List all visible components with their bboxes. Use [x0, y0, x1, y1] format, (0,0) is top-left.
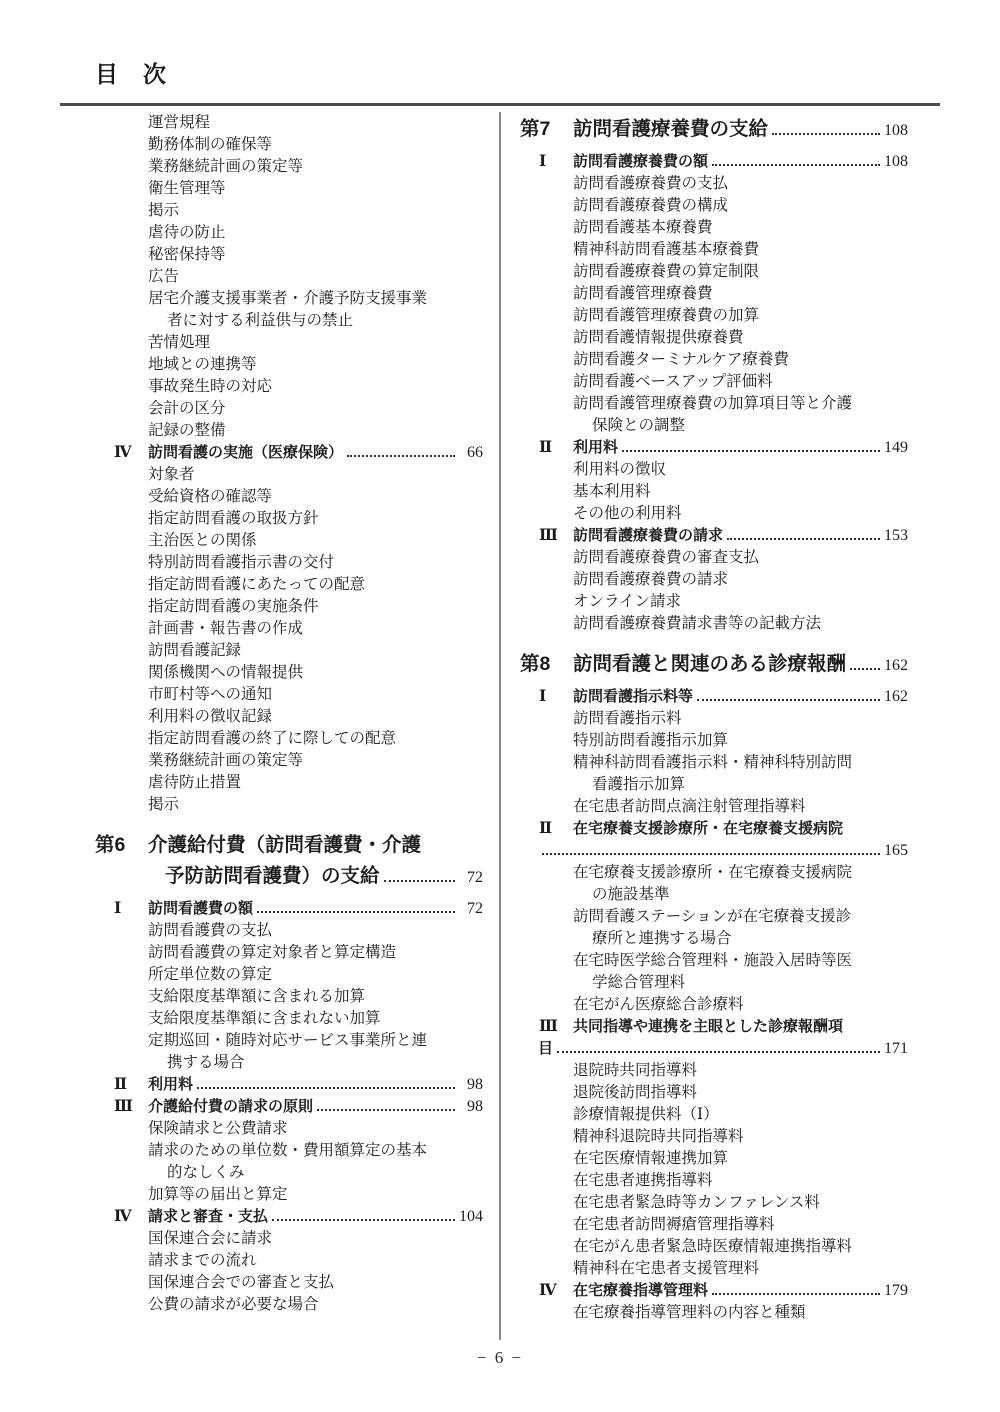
toc-item-line: 在宅がん患者緊急時医療情報連携指導料 — [520, 1236, 908, 1258]
toc-entry-label: 訪問看護ベースアップ評価料 — [573, 371, 773, 393]
toc-section-line: Ⅰ訪問看護指示料等162 — [520, 686, 908, 708]
toc-item-line: 秘密保持等 — [95, 244, 483, 266]
toc-item-line: 在宅がん医療総合診療料 — [520, 994, 908, 1016]
toc-section-line: Ⅲ共同指導や連携を主眼とした診療報酬項 — [520, 1016, 908, 1038]
toc-entry-label: 指定訪問看護にあたっての配意 — [148, 574, 365, 596]
toc-item-line: 退院時共同指導料 — [520, 1060, 908, 1082]
toc-item-line: 訪問看護費の算定対象者と算定構造 — [95, 942, 483, 964]
toc-item-line: 国保連合会に請求 — [95, 1228, 483, 1250]
toc-entry-label: 会計の区分 — [148, 398, 226, 420]
toc-item-line: 広告 — [95, 266, 483, 288]
toc-entry-label: 訪問看護費の算定対象者と算定構造 — [148, 942, 396, 964]
toc-entry-label: 主治医との関係 — [148, 530, 257, 552]
toc-section-line: Ⅳ請求と審査・支払104 — [95, 1206, 483, 1228]
toc-entry-label: 者に対する利益供与の禁止 — [167, 310, 353, 332]
toc-entry-label: 予防訪問看護費）の支給 — [165, 861, 380, 892]
toc-entry-label: 在宅療養支援診療所・在宅療養支援病院 — [573, 818, 843, 840]
toc-entry-label: 診療情報提供料（Ⅰ） — [573, 1104, 719, 1126]
toc-item-line: 訪問看護ターミナルケア療養費 — [520, 349, 908, 371]
toc-section-line: Ⅰ訪問看護療養費の額108 — [520, 151, 908, 173]
toc-entry-label: 受給資格の確認等 — [148, 486, 272, 508]
toc-entry-label: 国保連合会に請求 — [148, 1228, 272, 1250]
toc-item-line: 訪問看護管理療養費の加算 — [520, 305, 908, 327]
toc-entry-label: の施設基準 — [592, 884, 670, 906]
toc-entry-page-number: 179 — [884, 1280, 908, 1302]
dot-leader — [542, 844, 880, 855]
toc-item-line: 訪問看護ステーションが在宅療養支援診 — [520, 906, 908, 928]
toc-item-line: 精神科訪問看護指示料・精神科特別訪問 — [520, 752, 908, 774]
toc-entry-numeral: Ⅲ — [95, 1096, 148, 1118]
toc-item-line: 虐待防止措置 — [95, 772, 483, 794]
toc-item-line: 居宅介護支援事業者・介護予防支援事業 — [95, 288, 483, 310]
dot-leader — [257, 902, 455, 913]
toc-item-line: 特別訪問看護指示書の交付 — [95, 552, 483, 574]
toc-entry-label: 訪問看護ステーションが在宅療養支援診 — [573, 906, 851, 928]
dot-leader — [850, 659, 880, 670]
toc-item-line: 者に対する利益供与の禁止 — [95, 310, 483, 332]
toc-entry-label: 加算等の届出と算定 — [148, 1184, 288, 1206]
toc-entry-page-number: 108 — [884, 115, 908, 146]
toc-item-line: 療所と連携する場合 — [520, 928, 908, 950]
toc-item-line: 対象者 — [95, 464, 483, 486]
toc-section-line: Ⅲ訪問看護療養費の請求153 — [520, 525, 908, 547]
toc-entry-label: 在宅療養指導管理料 — [573, 1280, 708, 1302]
column-divider — [499, 112, 501, 1340]
dot-leader — [712, 1284, 880, 1295]
toc-entry-label: 保険との調整 — [592, 415, 685, 437]
toc-entry-label: 業務継続計画の策定等 — [148, 156, 303, 178]
toc-item-line: 定期巡回・随時対応サービス事業所と連 — [95, 1030, 483, 1052]
toc-entry-label: 訪問看護と関連のある診療報酬 — [573, 649, 846, 680]
toc-item-line: 訪問看護療養費の審査支払 — [520, 547, 908, 569]
toc-entry-label: 虐待の防止 — [148, 222, 226, 244]
toc-entry-numeral: Ⅳ — [95, 1206, 148, 1228]
dot-leader — [384, 871, 455, 882]
toc-entry-label: 訪問看護管理療養費の加算 — [573, 305, 759, 327]
toc-entry-numeral: Ⅲ — [520, 1016, 573, 1038]
toc-entry-label: 衛生管理等 — [148, 178, 226, 200]
toc-entry-label: 退院時共同指導料 — [573, 1060, 697, 1082]
toc-entry-label: 事故発生時の対応 — [148, 376, 272, 398]
page-number-footer: − 6 − — [0, 1348, 1000, 1368]
toc-entry-page-number: 66 — [459, 442, 483, 464]
toc-entry-label: 在宅患者連携指導料 — [573, 1170, 713, 1192]
toc-item-line: 市町村等への通知 — [95, 684, 483, 706]
toc-entry-label: 秘密保持等 — [148, 244, 226, 266]
toc-entry-label: 指定訪問看護の終了に際しての配意 — [148, 728, 396, 750]
toc-page: 目 次 運営規程勤務体制の確保等業務継続計画の策定等衛生管理等掲示虐待の防止秘密… — [0, 0, 1000, 1412]
toc-entry-label: 療所と連携する場合 — [592, 928, 732, 950]
toc-item-line: 記録の整備 — [95, 420, 483, 442]
toc-entry-label: 訪問看護療養費の算定制限 — [573, 261, 759, 283]
toc-chapter-line: 第8訪問看護と関連のある診療報酬162 — [520, 649, 908, 681]
toc-entry-label: 精神科退院時共同指導料 — [573, 1126, 744, 1148]
toc-item-line: 携する場合 — [95, 1052, 483, 1074]
toc-item-line: 支給限度基準額に含まれない加算 — [95, 1008, 483, 1030]
toc-item-line: 在宅医療情報連携加算 — [520, 1148, 908, 1170]
toc-item-line: 衛生管理等 — [95, 178, 483, 200]
toc-item-line: 関係機関への情報提供 — [95, 662, 483, 684]
toc-entry-page-number: 72 — [459, 862, 483, 893]
toc-entry-label: 関係機関への情報提供 — [148, 662, 303, 684]
toc-item-line: 訪問看護療養費の算定制限 — [520, 261, 908, 283]
toc-entry-numeral: Ⅰ — [520, 686, 573, 708]
toc-item-line: 保険との調整 — [520, 415, 908, 437]
toc-section-line: Ⅱ利用料98 — [95, 1074, 483, 1096]
toc-item-line: の施設基準 — [520, 884, 908, 906]
toc-entry-label: 在宅療養指導管理料の内容と種類 — [573, 1302, 806, 1324]
toc-entry-page-number: 72 — [459, 898, 483, 920]
toc-item-line: 訪問看護基本療養費 — [520, 217, 908, 239]
toc-item-line: 指定訪問看護の終了に際しての配意 — [95, 728, 483, 750]
toc-item-line: 精神科訪問看護基本療養費 — [520, 239, 908, 261]
toc-entry-page-number: 104 — [459, 1206, 483, 1228]
toc-entry-label: 利用料 — [148, 1074, 193, 1096]
toc-entry-numeral: Ⅲ — [520, 525, 573, 547]
toc-item-line: 在宅患者連携指導料 — [520, 1170, 908, 1192]
toc-entry-label: 介護給付費の請求の原則 — [148, 1096, 313, 1118]
toc-entry-label: 看護指示加算 — [592, 774, 685, 796]
toc-item-line: 退院後訪問指導料 — [520, 1082, 908, 1104]
toc-entry-page-number: 108 — [884, 151, 908, 173]
toc-entry-page-number: 98 — [459, 1096, 483, 1118]
toc-entry-label: 訪問看護情報提供療養費 — [573, 327, 744, 349]
toc-item-line: 所定単位数の算定 — [95, 964, 483, 986]
toc-item-line: 加算等の届出と算定 — [95, 1184, 483, 1206]
toc-entry-label: 対象者 — [148, 464, 195, 486]
toc-entry-label: 在宅患者緊急時等カンファレンス料 — [573, 1192, 820, 1214]
toc-entry-label: 在宅時医学総合管理料・施設入居時等医 — [573, 950, 852, 972]
toc-entry-page-number: 162 — [884, 686, 908, 708]
toc-entry-label: 請求のための単位数・費用額算定の基本 — [148, 1140, 427, 1162]
toc-entry-page-number: 98 — [459, 1074, 483, 1096]
toc-entry-page-number: 153 — [884, 525, 908, 547]
toc-chapter-line: 予防訪問看護費）の支給72 — [95, 861, 483, 893]
toc-entry-label: 精神科訪問看護基本療養費 — [573, 239, 759, 261]
toc-entry-label: 特別訪問看護指示書の交付 — [148, 552, 334, 574]
toc-item-line: 国保連合会での審査と支払 — [95, 1272, 483, 1294]
toc-item-line: 計画書・報告書の作成 — [95, 618, 483, 640]
toc-entry-label: 訪問看護管理療養費 — [573, 283, 713, 305]
toc-entry-label: 広告 — [148, 266, 179, 288]
toc-entry-label: 掲示 — [148, 794, 179, 816]
toc-item-line: 業務継続計画の策定等 — [95, 750, 483, 772]
toc-entry-label: 精神科訪問看護指示料・精神科特別訪問 — [573, 752, 852, 774]
toc-section-line: Ⅳ在宅療養指導管理料179 — [520, 1280, 908, 1302]
toc-item-line: 訪問看護療養費の請求 — [520, 569, 908, 591]
toc-item-line: 在宅時医学総合管理料・施設入居時等医 — [520, 950, 908, 972]
toc-entry-label: 支給限度基準額に含まれない加算 — [148, 1008, 381, 1030]
toc-entry-page-number: 162 — [884, 650, 908, 681]
toc-item-line: 指定訪問看護の取扱方針 — [95, 508, 483, 530]
toc-item-line: 事故発生時の対応 — [95, 376, 483, 398]
toc-entry-label: 訪問看護療養費の額 — [573, 151, 708, 173]
toc-item-line: 受給資格の確認等 — [95, 486, 483, 508]
toc-item-line: 在宅患者緊急時等カンファレンス料 — [520, 1192, 908, 1214]
toc-item-line: 学総合管理料 — [520, 972, 908, 994]
toc-entry-numeral: Ⅱ — [520, 437, 573, 459]
toc-entry-label: 訪問看護指示料 — [573, 708, 682, 730]
toc-entry-label: 運営規程 — [148, 112, 210, 134]
toc-item-line: 利用料の徴収 — [520, 459, 908, 481]
toc-entry-page-number: 165 — [884, 840, 908, 862]
toc-chapter-line: 第6介護給付費（訪問看護費・介護 — [95, 830, 483, 861]
toc-item-line: 地域との連携等 — [95, 354, 483, 376]
toc-item-line: 保険請求と公費請求 — [95, 1118, 483, 1140]
toc-item-line: 在宅患者訪問点滴注射管理指導料 — [520, 796, 908, 818]
toc-entry-label: 訪問看護ターミナルケア療養費 — [573, 349, 789, 371]
toc-item-line: 訪問看護療養費請求書等の記載方法 — [520, 613, 908, 635]
toc-entry-label: 記録の整備 — [148, 420, 226, 442]
toc-item-line: 精神科在宅患者支援管理料 — [520, 1258, 908, 1280]
toc-entry-numeral: Ⅱ — [520, 818, 573, 840]
dot-leader — [622, 441, 880, 452]
toc-entry-label: 的なしくみ — [167, 1162, 245, 1184]
toc-entry-label: 計画書・報告書の作成 — [148, 618, 303, 640]
toc-section-line: Ⅰ訪問看護費の額72 — [95, 898, 483, 920]
toc-entry-label: オンライン請求 — [573, 591, 681, 613]
toc-item-line: 訪問看護管理療養費の加算項目等と介護 — [520, 393, 908, 415]
toc-entry-label: 介護給付費（訪問看護費・介護 — [148, 830, 421, 861]
toc-item-line: 精神科退院時共同指導料 — [520, 1126, 908, 1148]
toc-item-line: 在宅患者訪問褥瘡管理指導料 — [520, 1214, 908, 1236]
toc-entry-label: 保険請求と公費請求 — [148, 1118, 288, 1140]
toc-entry-label: 地域との連携等 — [148, 354, 257, 376]
toc-entry-label: 虐待防止措置 — [148, 772, 241, 794]
toc-item-line: 業務継続計画の策定等 — [95, 156, 483, 178]
toc-entry-numeral: Ⅱ — [95, 1074, 148, 1096]
toc-entry-label: 訪問看護費の額 — [148, 898, 253, 920]
dot-leader — [347, 446, 455, 457]
toc-item-line: 訪問看護ベースアップ評価料 — [520, 371, 908, 393]
toc-item-line: 在宅療養支援診療所・在宅療養支援病院 — [520, 862, 908, 884]
toc-item-line: 勤務体制の確保等 — [95, 134, 483, 156]
toc-item-line: 在宅療養指導管理料の内容と種類 — [520, 1302, 908, 1324]
toc-entry-label: 精神科在宅患者支援管理料 — [573, 1258, 759, 1280]
toc-entry-label: 国保連合会での審査と支払 — [148, 1272, 334, 1294]
toc-item-line: 訪問看護指示料 — [520, 708, 908, 730]
toc-entry-label: 訪問看護療養費の支払 — [573, 173, 728, 195]
toc-entry-page-number: 149 — [884, 437, 908, 459]
toc-entry-numeral: 第6 — [95, 830, 148, 861]
toc-item-line: 掲示 — [95, 794, 483, 816]
toc-item-line: 的なしくみ — [95, 1162, 483, 1184]
toc-entry-numeral: Ⅰ — [95, 898, 148, 920]
toc-entry-label: 在宅療養支援診療所・在宅療養支援病院 — [573, 862, 852, 884]
toc-entry-label: 在宅患者訪問点滴注射管理指導料 — [573, 796, 806, 818]
toc-section-line: Ⅲ介護給付費の請求の原則98 — [95, 1096, 483, 1118]
toc-entry-label: 訪問看護療養費請求書等の記載方法 — [573, 613, 821, 635]
toc-entry-label: 指定訪問看護の取扱方針 — [148, 508, 319, 530]
toc-item-line: 請求までの流れ — [95, 1250, 483, 1272]
toc-entry-label: 勤務体制の確保等 — [148, 134, 272, 156]
toc-entry-label: その他の利用料 — [573, 503, 682, 525]
toc-item-line: 掲示 — [95, 200, 483, 222]
toc-entry-label: 特別訪問看護指示加算 — [573, 730, 728, 752]
toc-entry-label: 訪問看護記録 — [148, 640, 241, 662]
toc-entry-label: 指定訪問看護の実施条件 — [148, 596, 319, 618]
toc-item-line: 虐待の防止 — [95, 222, 483, 244]
toc-entry-label: 基本利用料 — [573, 481, 651, 503]
toc-item-line: 指定訪問看護にあたっての配意 — [95, 574, 483, 596]
toc-section-line: 目171 — [520, 1038, 908, 1060]
toc-entry-label: 所定単位数の算定 — [148, 964, 272, 986]
toc-item-line: 苦情処理 — [95, 332, 483, 354]
toc-item-line: 運営規程 — [95, 112, 483, 134]
toc-entry-numeral: 第8 — [520, 649, 573, 680]
toc-column-right: 第7訪問看護療養費の支給108Ⅰ訪問看護療養費の額108訪問看護療養費の支払訪問… — [520, 112, 908, 1324]
dot-leader — [772, 124, 880, 135]
toc-item-line: その他の利用料 — [520, 503, 908, 525]
toc-entry-label: 訪問看護指示料等 — [573, 686, 693, 708]
dot-leader — [727, 529, 880, 540]
toc-chapter-line: 第7訪問看護療養費の支給108 — [520, 114, 908, 146]
toc-entry-page-number: 171 — [884, 1038, 908, 1060]
toc-entry-label: 共同指導や連携を主眼とした診療報酬項 — [573, 1016, 843, 1038]
dot-leader — [317, 1100, 455, 1111]
toc-entry-label: 利用料 — [573, 437, 618, 459]
toc-item-line: 訪問看護療養費の支払 — [520, 173, 908, 195]
dot-leader — [557, 1042, 880, 1053]
toc-entry-label: 苦情処理 — [148, 332, 210, 354]
dot-leader — [712, 155, 880, 166]
toc-entry-label: 請求までの流れ — [148, 1250, 257, 1272]
toc-section-line: Ⅳ訪問看護の実施（医療保険）66 — [95, 442, 483, 464]
toc-entry-label: 在宅がん医療総合診療料 — [573, 994, 744, 1016]
toc-entry-label: 訪問看護療養費の支給 — [573, 114, 768, 145]
toc-entry-label: 訪問看護療養費の審査支払 — [573, 547, 759, 569]
toc-entry-numeral: Ⅳ — [95, 442, 148, 464]
toc-item-line: 看護指示加算 — [520, 774, 908, 796]
toc-entry-numeral: Ⅳ — [520, 1280, 573, 1302]
toc-item-line: 公費の請求が必要な場合 — [95, 1294, 483, 1316]
dot-leader — [197, 1078, 455, 1089]
toc-item-line: オンライン請求 — [520, 591, 908, 613]
toc-entry-label: 利用料の徴収 — [573, 459, 666, 481]
toc-item-line: 会計の区分 — [95, 398, 483, 420]
toc-entry-label: 目 — [538, 1038, 553, 1060]
toc-entry-numeral: 第7 — [520, 114, 573, 145]
toc-entry-label: 訪問看護管理療養費の加算項目等と介護 — [573, 393, 852, 415]
toc-entry-label: 定期巡回・随時対応サービス事業所と連 — [148, 1030, 427, 1052]
toc-entry-label: 退院後訪問指導料 — [573, 1082, 697, 1104]
toc-entry-label: 携する場合 — [167, 1052, 245, 1074]
toc-entry-label: 公費の請求が必要な場合 — [148, 1294, 319, 1316]
toc-item-line: 支給限度基準額に含まれる加算 — [95, 986, 483, 1008]
toc-entry-label: 在宅がん患者緊急時医療情報連携指導料 — [573, 1236, 852, 1258]
toc-entry-label: 在宅患者訪問褥瘡管理指導料 — [573, 1214, 775, 1236]
toc-item-line: 基本利用料 — [520, 481, 908, 503]
toc-item-line: 指定訪問看護の実施条件 — [95, 596, 483, 618]
page-title: 目 次 — [95, 56, 167, 89]
toc-entry-label: 掲示 — [148, 200, 179, 222]
toc-item-line: 訪問看護管理療養費 — [520, 283, 908, 305]
dot-leader — [272, 1210, 455, 1221]
toc-entry-label: 居宅介護支援事業者・介護予防支援事業 — [148, 288, 427, 310]
toc-entry-label: 訪問看護療養費の請求 — [573, 525, 723, 547]
toc-entry-label: 訪問看護基本療養費 — [573, 217, 713, 239]
toc-item-line: 診療情報提供料（Ⅰ） — [520, 1104, 908, 1126]
toc-item-line: 訪問看護費の支払 — [95, 920, 483, 942]
toc-section-line: Ⅱ在宅療養支援診療所・在宅療養支援病院 — [520, 818, 908, 840]
dot-leader — [697, 690, 880, 701]
toc-entry-label: 市町村等への通知 — [148, 684, 272, 706]
toc-entry-label: 訪問看護費の支払 — [148, 920, 272, 942]
header-rule — [60, 103, 940, 106]
toc-item-line: 訪問看護記録 — [95, 640, 483, 662]
toc-item-line: 利用料の徴収記録 — [95, 706, 483, 728]
toc-item-line: 請求のための単位数・費用額算定の基本 — [95, 1140, 483, 1162]
toc-entry-label: 学総合管理料 — [592, 972, 685, 994]
toc-entry-numeral: Ⅰ — [520, 151, 573, 173]
toc-entry-label: 訪問看護療養費の請求 — [573, 569, 728, 591]
toc-entry-label: 支給限度基準額に含まれる加算 — [148, 986, 365, 1008]
toc-item-line: 主治医との関係 — [95, 530, 483, 552]
toc-section-line: Ⅱ利用料149 — [520, 437, 908, 459]
toc-item-line: 訪問看護情報提供療養費 — [520, 327, 908, 349]
toc-entry-label: 在宅医療情報連携加算 — [573, 1148, 728, 1170]
toc-entry-label: 訪問看護療養費の構成 — [573, 195, 728, 217]
toc-entry-label: 業務継続計画の策定等 — [148, 750, 303, 772]
toc-column-left: 運営規程勤務体制の確保等業務継続計画の策定等衛生管理等掲示虐待の防止秘密保持等広… — [95, 112, 483, 1316]
toc-item-line: 訪問看護療養費の構成 — [520, 195, 908, 217]
toc-entry-label: 利用料の徴収記録 — [148, 706, 272, 728]
toc-entry-label: 請求と審査・支払 — [148, 1206, 268, 1228]
toc-section-line: 165 — [520, 840, 908, 862]
toc-item-line: 特別訪問看護指示加算 — [520, 730, 908, 752]
toc-entry-label: 訪問看護の実施（医療保険） — [148, 442, 343, 464]
